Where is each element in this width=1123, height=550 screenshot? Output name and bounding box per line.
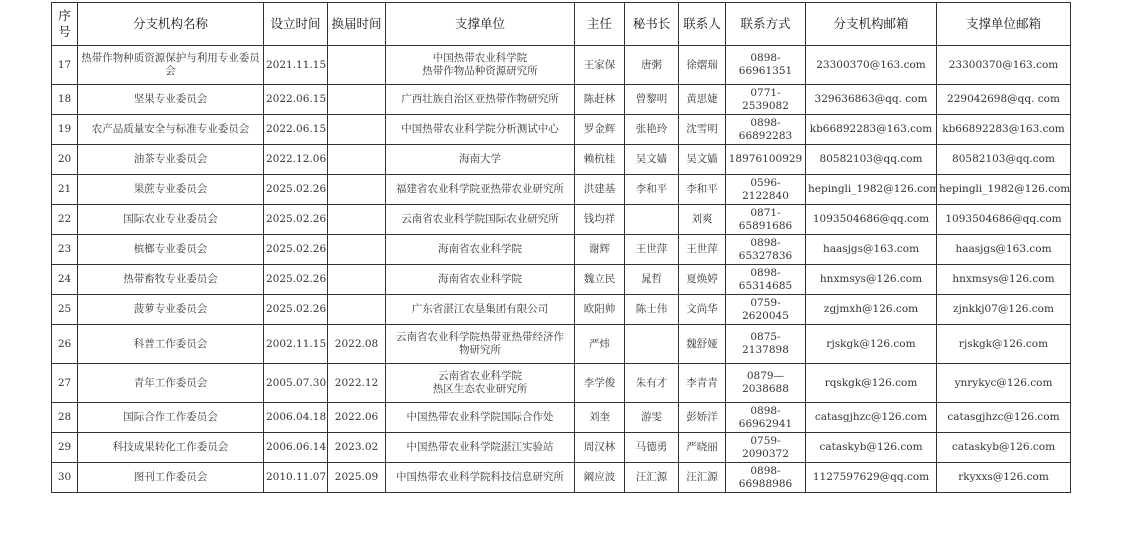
table-row: 17热带作物种质资源保护与利用专业委员会2021.11.15中国热带农业科学院热… bbox=[52, 46, 1071, 85]
support-unit-line-1: 云南省农业科学院 bbox=[388, 370, 572, 383]
cell-contact-person: 严晓丽 bbox=[679, 433, 726, 463]
cell-name: 热带畜牧专业委员会 bbox=[78, 265, 264, 295]
cell-phone: 0898-66961351 bbox=[726, 46, 806, 85]
cell-secretary: 王世萍 bbox=[625, 235, 679, 265]
cell-secretary bbox=[625, 205, 679, 235]
cell-name: 农产品质量安全与标准专业委员会 bbox=[78, 115, 264, 145]
cell-index: 18 bbox=[52, 85, 78, 115]
cell-index: 23 bbox=[52, 235, 78, 265]
cell-director: 刘奎 bbox=[575, 403, 625, 433]
cell-name: 坚果专业委员会 bbox=[78, 85, 264, 115]
cell-branch-email: 23300370@163.com bbox=[806, 46, 937, 85]
cell-index: 22 bbox=[52, 205, 78, 235]
support-unit-line-1: 福建省农业科学院亚热带农业研究所 bbox=[388, 183, 572, 196]
cell-unit-email: 23300370@163.com bbox=[937, 46, 1071, 85]
cell-established: 2025.02.26 bbox=[264, 295, 328, 325]
cell-director: 欧阳帅 bbox=[575, 295, 625, 325]
cell-renewed bbox=[328, 145, 386, 175]
cell-name: 国际合作工作委员会 bbox=[78, 403, 264, 433]
cell-contact-person: 黄思婕 bbox=[679, 85, 726, 115]
cell-director: 罗金辉 bbox=[575, 115, 625, 145]
cell-established: 2010.11.07 bbox=[264, 463, 328, 493]
cell-contact-person: 夏焕婷 bbox=[679, 265, 726, 295]
header-row: 序号 分支机构名称 设立时间 换届时间 支撑单位 主任 秘书长 联系人 联系方式… bbox=[52, 3, 1071, 46]
cell-established: 2006.06.14 bbox=[264, 433, 328, 463]
cell-name: 热带作物种质资源保护与利用专业委员会 bbox=[78, 46, 264, 85]
cell-director: 洪建基 bbox=[575, 175, 625, 205]
cell-support-unit: 中国热带农业科学院科技信息研究所 bbox=[386, 463, 575, 493]
cell-unit-email: 80582103@qq.com bbox=[937, 145, 1071, 175]
cell-contact-person: 李和平 bbox=[679, 175, 726, 205]
cell-index: 20 bbox=[52, 145, 78, 175]
cell-name: 图刊工作委员会 bbox=[78, 463, 264, 493]
cell-secretary: 吴文嫱 bbox=[625, 145, 679, 175]
table-row: 30图刊工作委员会2010.11.072025.09中国热带农业科学院科技信息研… bbox=[52, 463, 1071, 493]
cell-phone: 0898-65314685 bbox=[726, 265, 806, 295]
table-row: 22国际农业专业委员会2025.02.26云南省农业科学院国际农业研究所钱均祥刘… bbox=[52, 205, 1071, 235]
support-unit-line-1: 云南省农业科学院国际农业研究所 bbox=[388, 213, 572, 226]
cell-phone: 0759-2620045 bbox=[726, 295, 806, 325]
header-contact-person: 联系人 bbox=[679, 3, 726, 46]
cell-branch-email: zgjmxh@126.com bbox=[806, 295, 937, 325]
cell-index: 27 bbox=[52, 364, 78, 403]
header-name: 分支机构名称 bbox=[78, 3, 264, 46]
cell-contact-person: 李青青 bbox=[679, 364, 726, 403]
cell-unit-email: hepingli_1982@126.com bbox=[937, 175, 1071, 205]
table-row: 29科技成果转化工作委员会2006.06.142023.02中国热带农业科学院湛… bbox=[52, 433, 1071, 463]
cell-unit-email: rkyxxs@126.com bbox=[937, 463, 1071, 493]
support-unit-line-1: 广东省湛江农垦集团有限公司 bbox=[388, 303, 572, 316]
cell-secretary: 马德勇 bbox=[625, 433, 679, 463]
cell-renewed: 2023.02 bbox=[328, 433, 386, 463]
cell-phone: 0596-2122840 bbox=[726, 175, 806, 205]
support-unit-line-1: 中国热带农业科学院科技信息研究所 bbox=[388, 471, 572, 484]
support-unit-line-1: 广西壮族自治区亚热带作物研究所 bbox=[388, 93, 572, 106]
cell-contact-person: 吴文嫱 bbox=[679, 145, 726, 175]
cell-director: 李学俊 bbox=[575, 364, 625, 403]
support-unit-line-1: 海南省农业科学院 bbox=[388, 273, 572, 286]
cell-index: 28 bbox=[52, 403, 78, 433]
cell-index: 26 bbox=[52, 325, 78, 364]
cell-director: 王家保 bbox=[575, 46, 625, 85]
cell-unit-email: hnxmsys@126.com bbox=[937, 265, 1071, 295]
cell-phone: 0898-65327836 bbox=[726, 235, 806, 265]
cell-established: 2025.02.26 bbox=[264, 205, 328, 235]
cell-support-unit: 中国热带农业科学院国际合作处 bbox=[386, 403, 575, 433]
header-renewed: 换届时间 bbox=[328, 3, 386, 46]
cell-established: 2021.11.15 bbox=[264, 46, 328, 85]
support-unit-line-2: 热带作物品种资源研究所 bbox=[388, 65, 572, 78]
cell-established: 2022.06.15 bbox=[264, 85, 328, 115]
header-director: 主任 bbox=[575, 3, 625, 46]
cell-support-unit: 海南省农业科学院 bbox=[386, 235, 575, 265]
table-row: 25菠萝专业委员会2025.02.26广东省湛江农垦集团有限公司欧阳帅陈士伟文尚… bbox=[52, 295, 1071, 325]
table-row: 19农产品质量安全与标准专业委员会2022.06.15中国热带农业科学院分析测试… bbox=[52, 115, 1071, 145]
cell-support-unit: 云南省农业科学院热带亚热带经济作物研究所 bbox=[386, 325, 575, 364]
cell-index: 19 bbox=[52, 115, 78, 145]
cell-index: 29 bbox=[52, 433, 78, 463]
support-unit-line-2: 物研究所 bbox=[388, 344, 572, 357]
table-row: 21果蔗专业委员会2025.02.26福建省农业科学院亚热带农业研究所洪建基李和… bbox=[52, 175, 1071, 205]
cell-branch-email: 1093504686@qq.com bbox=[806, 205, 937, 235]
cell-established: 2005.07.30 bbox=[264, 364, 328, 403]
cell-index: 25 bbox=[52, 295, 78, 325]
cell-phone: 0771-2539082 bbox=[726, 85, 806, 115]
cell-branch-email: rjskgk@126.com bbox=[806, 325, 937, 364]
support-unit-line-1: 云南省农业科学院热带亚热带经济作 bbox=[388, 331, 572, 344]
cell-branch-email: 1127597629@qq.com bbox=[806, 463, 937, 493]
cell-unit-email: ynrykyc@126.com bbox=[937, 364, 1071, 403]
cell-support-unit: 广西壮族自治区亚热带作物研究所 bbox=[386, 85, 575, 115]
cell-contact-person: 王世萍 bbox=[679, 235, 726, 265]
cell-unit-email: catasgjhzc@126.com bbox=[937, 403, 1071, 433]
cell-contact-person: 徐熠瑞 bbox=[679, 46, 726, 85]
header-secretary-general: 秘书长 bbox=[625, 3, 679, 46]
table-row: 26科普工作委员会2002.11.152022.08云南省农业科学院热带亚热带经… bbox=[52, 325, 1071, 364]
cell-phone: 0875-2137898 bbox=[726, 325, 806, 364]
table-row: 23槟榔专业委员会2025.02.26海南省农业科学院谢辉王世萍王世萍0898-… bbox=[52, 235, 1071, 265]
cell-established: 2006.04.18 bbox=[264, 403, 328, 433]
cell-index: 21 bbox=[52, 175, 78, 205]
cell-unit-email: 229042698@qq. com bbox=[937, 85, 1071, 115]
cell-name: 菠萝专业委员会 bbox=[78, 295, 264, 325]
cell-secretary bbox=[625, 325, 679, 364]
cell-renewed: 2022.08 bbox=[328, 325, 386, 364]
header-index: 序号 bbox=[52, 3, 78, 46]
cell-secretary: 唐粥 bbox=[625, 46, 679, 85]
cell-support-unit: 海南大学 bbox=[386, 145, 575, 175]
table-row: 24热带畜牧专业委员会2025.02.26海南省农业科学院魏立民晁哲夏焕婷089… bbox=[52, 265, 1071, 295]
cell-branch-email: catasgjhzc@126.com bbox=[806, 403, 937, 433]
cell-name: 科普工作委员会 bbox=[78, 325, 264, 364]
cell-renewed bbox=[328, 46, 386, 85]
cell-unit-email: 1093504686@qq.com bbox=[937, 205, 1071, 235]
cell-phone: 0898-66988986 bbox=[726, 463, 806, 493]
support-unit-line-1: 海南省农业科学院 bbox=[388, 243, 572, 256]
branch-organizations-table: 序号 分支机构名称 设立时间 换届时间 支撑单位 主任 秘书长 联系人 联系方式… bbox=[51, 2, 1071, 493]
cell-index: 30 bbox=[52, 463, 78, 493]
cell-secretary: 陈士伟 bbox=[625, 295, 679, 325]
cell-secretary: 游雯 bbox=[625, 403, 679, 433]
cell-support-unit: 中国热带农业科学院热带作物品种资源研究所 bbox=[386, 46, 575, 85]
cell-branch-email: cataskyb@126.com bbox=[806, 433, 937, 463]
cell-renewed bbox=[328, 205, 386, 235]
cell-branch-email: rqskgk@126.com bbox=[806, 364, 937, 403]
cell-secretary: 李和平 bbox=[625, 175, 679, 205]
cell-renewed: 2022.06 bbox=[328, 403, 386, 433]
cell-branch-email: haasjgs@163.com bbox=[806, 235, 937, 265]
support-unit-line-1: 中国热带农业科学院分析测试中心 bbox=[388, 123, 572, 136]
table-row: 27青年工作委员会2005.07.302022.12云南省农业科学院热区生态农业… bbox=[52, 364, 1071, 403]
cell-director: 陈赶林 bbox=[575, 85, 625, 115]
support-unit-line-2: 热区生态农业研究所 bbox=[388, 383, 572, 396]
cell-branch-email: hnxmsys@126.com bbox=[806, 265, 937, 295]
header-contact: 联系方式 bbox=[726, 3, 806, 46]
cell-director: 谢辉 bbox=[575, 235, 625, 265]
cell-secretary: 张艳玲 bbox=[625, 115, 679, 145]
cell-branch-email: hepingli_1982@126.com bbox=[806, 175, 937, 205]
cell-phone: 0898-66962941 bbox=[726, 403, 806, 433]
cell-established: 2025.02.26 bbox=[264, 175, 328, 205]
cell-secretary: 朱有才 bbox=[625, 364, 679, 403]
cell-director: 魏立民 bbox=[575, 265, 625, 295]
cell-branch-email: kb66892283@163.com bbox=[806, 115, 937, 145]
cell-renewed bbox=[328, 175, 386, 205]
cell-established: 2025.02.26 bbox=[264, 235, 328, 265]
cell-renewed: 2022.12 bbox=[328, 364, 386, 403]
cell-support-unit: 云南省农业科学院国际农业研究所 bbox=[386, 205, 575, 235]
cell-established: 2022.06.15 bbox=[264, 115, 328, 145]
cell-secretary: 晁哲 bbox=[625, 265, 679, 295]
cell-support-unit: 云南省农业科学院热区生态农业研究所 bbox=[386, 364, 575, 403]
cell-branch-email: 329636863@qq. com bbox=[806, 85, 937, 115]
header-branch-email: 分支机构邮箱 bbox=[806, 3, 937, 46]
cell-name: 油茶专业委员会 bbox=[78, 145, 264, 175]
support-unit-line-1: 中国热带农业科学院国际合作处 bbox=[388, 411, 572, 424]
cell-contact-person: 魏舒娅 bbox=[679, 325, 726, 364]
cell-director: 阚应波 bbox=[575, 463, 625, 493]
cell-contact-person: 沈雪明 bbox=[679, 115, 726, 145]
table-row: 28国际合作工作委员会2006.04.182022.06中国热带农业科学院国际合… bbox=[52, 403, 1071, 433]
cell-contact-person: 刘爽 bbox=[679, 205, 726, 235]
cell-phone: 0879—2038688 bbox=[726, 364, 806, 403]
cell-support-unit: 福建省农业科学院亚热带农业研究所 bbox=[386, 175, 575, 205]
cell-unit-email: kb66892283@163.com bbox=[937, 115, 1071, 145]
table-body: 17热带作物种质资源保护与利用专业委员会2021.11.15中国热带农业科学院热… bbox=[52, 46, 1071, 493]
cell-support-unit: 海南省农业科学院 bbox=[386, 265, 575, 295]
table-row: 18坚果专业委员会2022.06.15广西壮族自治区亚热带作物研究所陈赶林曾黎明… bbox=[52, 85, 1071, 115]
cell-contact-person: 彭娇洋 bbox=[679, 403, 726, 433]
support-unit-line-1: 海南大学 bbox=[388, 153, 572, 166]
table-row: 20油茶专业委员会2022.12.06海南大学赖杭桂吴文嫱吴文嫱18976100… bbox=[52, 145, 1071, 175]
cell-contact-person: 文尚华 bbox=[679, 295, 726, 325]
cell-secretary: 汪汇源 bbox=[625, 463, 679, 493]
cell-director: 钱均祥 bbox=[575, 205, 625, 235]
cell-index: 24 bbox=[52, 265, 78, 295]
cell-director: 严炜 bbox=[575, 325, 625, 364]
cell-phone: 0898-66892283 bbox=[726, 115, 806, 145]
cell-renewed bbox=[328, 295, 386, 325]
header-support-unit: 支撑单位 bbox=[386, 3, 575, 46]
cell-index: 17 bbox=[52, 46, 78, 85]
cell-branch-email: 80582103@qq.com bbox=[806, 145, 937, 175]
cell-secretary: 曾黎明 bbox=[625, 85, 679, 115]
cell-phone: 0871-65891686 bbox=[726, 205, 806, 235]
cell-name: 国际农业专业委员会 bbox=[78, 205, 264, 235]
cell-support-unit: 中国热带农业科学院湛江实验站 bbox=[386, 433, 575, 463]
cell-unit-email: zjnkkj07@126.com bbox=[937, 295, 1071, 325]
cell-name: 槟榔专业委员会 bbox=[78, 235, 264, 265]
cell-unit-email: haasjgs@163.com bbox=[937, 235, 1071, 265]
cell-renewed bbox=[328, 85, 386, 115]
cell-unit-email: rjskgk@126.com bbox=[937, 325, 1071, 364]
cell-support-unit: 中国热带农业科学院分析测试中心 bbox=[386, 115, 575, 145]
support-unit-line-1: 中国热带农业科学院 bbox=[388, 52, 572, 65]
cell-director: 赖杭桂 bbox=[575, 145, 625, 175]
cell-contact-person: 汪汇源 bbox=[679, 463, 726, 493]
cell-renewed bbox=[328, 115, 386, 145]
cell-unit-email: cataskyb@126.com bbox=[937, 433, 1071, 463]
cell-director: 周汉林 bbox=[575, 433, 625, 463]
cell-established: 2022.12.06 bbox=[264, 145, 328, 175]
cell-support-unit: 广东省湛江农垦集团有限公司 bbox=[386, 295, 575, 325]
cell-name: 果蔗专业委员会 bbox=[78, 175, 264, 205]
cell-renewed bbox=[328, 265, 386, 295]
cell-phone: 18976100929 bbox=[726, 145, 806, 175]
header-unit-email: 支撑单位邮箱 bbox=[937, 3, 1071, 46]
cell-renewed: 2025.09 bbox=[328, 463, 386, 493]
cell-name: 青年工作委员会 bbox=[78, 364, 264, 403]
support-unit-line-1: 中国热带农业科学院湛江实验站 bbox=[388, 441, 572, 454]
cell-established: 2025.02.26 bbox=[264, 265, 328, 295]
cell-name: 科技成果转化工作委员会 bbox=[78, 433, 264, 463]
cell-phone: 0759-2090372 bbox=[726, 433, 806, 463]
cell-established: 2002.11.15 bbox=[264, 325, 328, 364]
cell-renewed bbox=[328, 235, 386, 265]
header-established: 设立时间 bbox=[264, 3, 328, 46]
